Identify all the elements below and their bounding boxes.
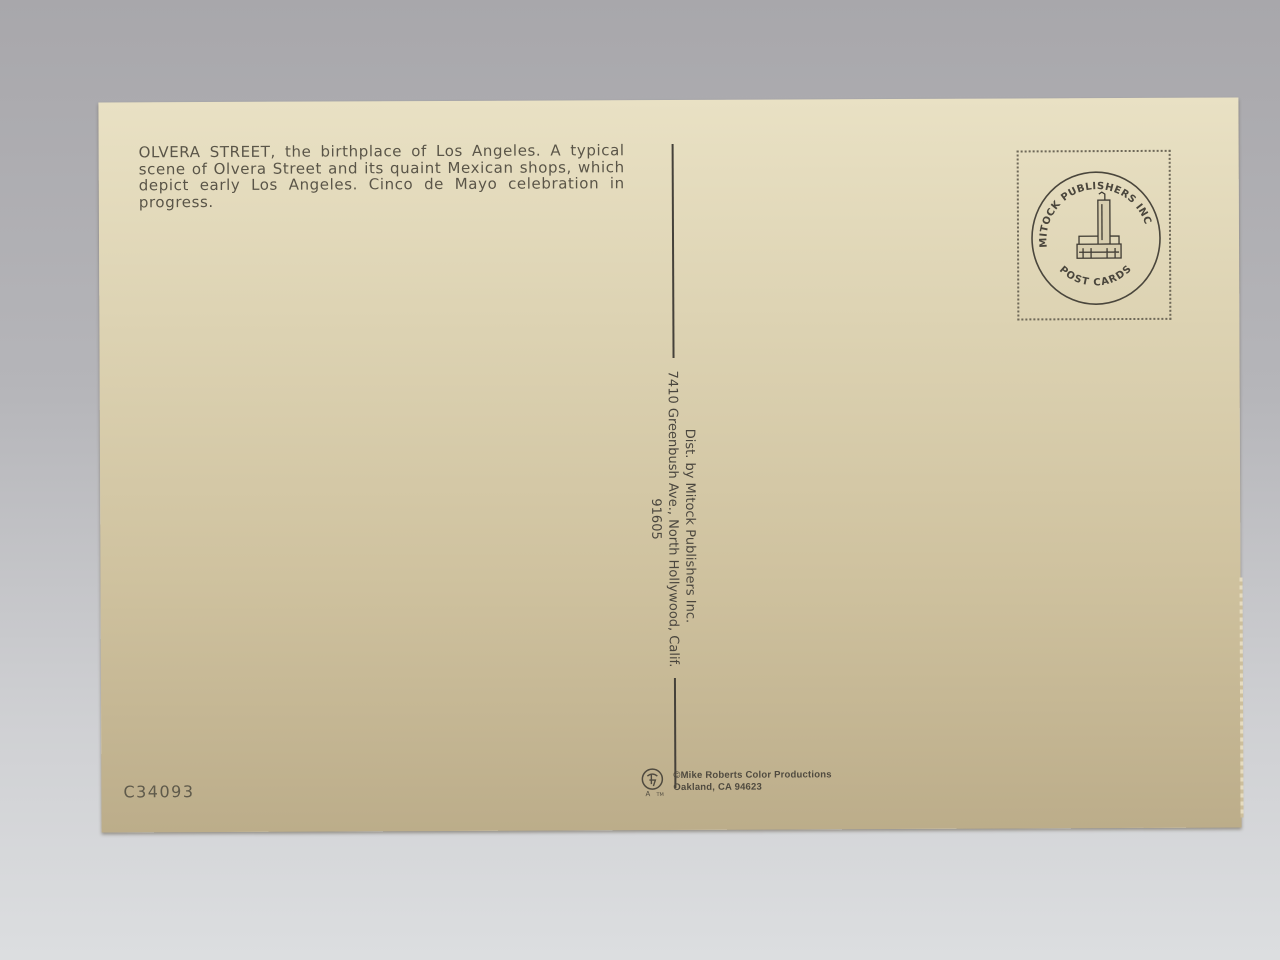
publisher-stamp-icon: MITOCK PUBLISHERS INC POST CARDS — [1019, 152, 1170, 319]
svg-text:A: A — [645, 790, 650, 798]
distributor-address: Dist. by Mitock Publishers Inc. 7410 Gre… — [656, 354, 699, 684]
credit-line-2: Oakland, CA 94623 — [673, 781, 831, 794]
stamp-bottom-arc: POST CARDS — [1057, 263, 1134, 289]
postcard-caption: OLVERA STREET, the birthplace of Los Ang… — [139, 142, 625, 210]
printer-credit: A TM ©Mike Roberts Color Productions Oak… — [639, 765, 831, 798]
address-line: 7410 Greenbush Ave., North Hollywood, Ca… — [647, 354, 682, 684]
stamp-top-arc: MITOCK PUBLISHERS INC — [1038, 181, 1153, 248]
building-tower-icon — [1077, 192, 1121, 258]
svg-text:TM: TM — [655, 792, 663, 798]
svg-text:POST CARDS: POST CARDS — [1057, 263, 1134, 289]
postcard-back: OLVERA STREET, the birthplace of Los Ang… — [98, 98, 1241, 833]
credit-line-1: ©Mike Roberts Color Productions — [673, 769, 831, 782]
center-divider-top — [672, 144, 674, 358]
card-code: C34093 — [123, 782, 194, 801]
distributor-line: Dist. by Mitock Publishers Inc. — [681, 354, 699, 684]
globe-logo-icon: A TM — [639, 766, 669, 798]
stamp-box: MITOCK PUBLISHERS INC POST CARDS — [1017, 150, 1172, 321]
svg-text:MITOCK PUBLISHERS INC: MITOCK PUBLISHERS INC — [1038, 181, 1153, 248]
